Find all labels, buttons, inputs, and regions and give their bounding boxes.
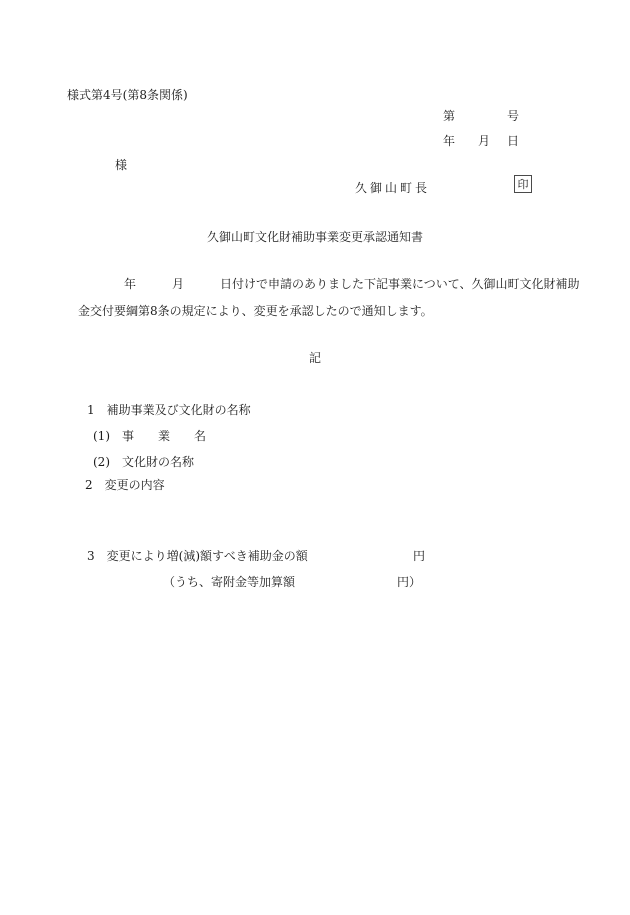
list-item-2: 2 変更の内容 [85, 477, 165, 494]
body-paragraph-line1: 年 月 日付けで申請のありました下記事業について、久御山町文化財補助 [124, 276, 580, 293]
record-marker: 記 [0, 350, 630, 367]
date-day-label: 日 [507, 133, 519, 150]
list-item-3: 3 変更により増(減)額すべき補助金の額 [87, 548, 308, 565]
donation-amount-unit-label: 円） [397, 574, 421, 591]
list-item-1-2: (2) 文化財の名称 [93, 454, 194, 471]
sender-title: 久御山町長 [355, 180, 430, 197]
doc-number-suffix-label: 号 [507, 108, 519, 125]
list-item-1: 1 補助事業及び文化財の名称 [87, 402, 251, 419]
body-paragraph-line2: 金交付要綱第8条の規定により、変更を承認したので通知します。 [78, 303, 433, 320]
list-item-1-1: (1) 事 業 名 [93, 428, 206, 445]
date-year-label: 年 [443, 133, 455, 150]
amount-unit-label: 円 [413, 548, 425, 565]
form-number-label: 様式第4号(第8条関係) [67, 87, 188, 104]
doc-number-prefix-label: 第 [443, 108, 455, 125]
date-month-label: 月 [478, 133, 490, 150]
seal-stamp: 印 [514, 175, 532, 193]
list-item-3-sub: （うち、寄附金等加算額 [163, 574, 295, 591]
addressee-honorific: 様 [115, 157, 127, 174]
document-title: 久御山町文化財補助事業変更承認通知書 [0, 229, 630, 246]
document-page: 様式第4号(第8条関係) 第 号 年 月 日 様 久御山町長 印 久御山町文化財… [0, 0, 630, 915]
seal-mark-label: 印 [518, 179, 529, 190]
